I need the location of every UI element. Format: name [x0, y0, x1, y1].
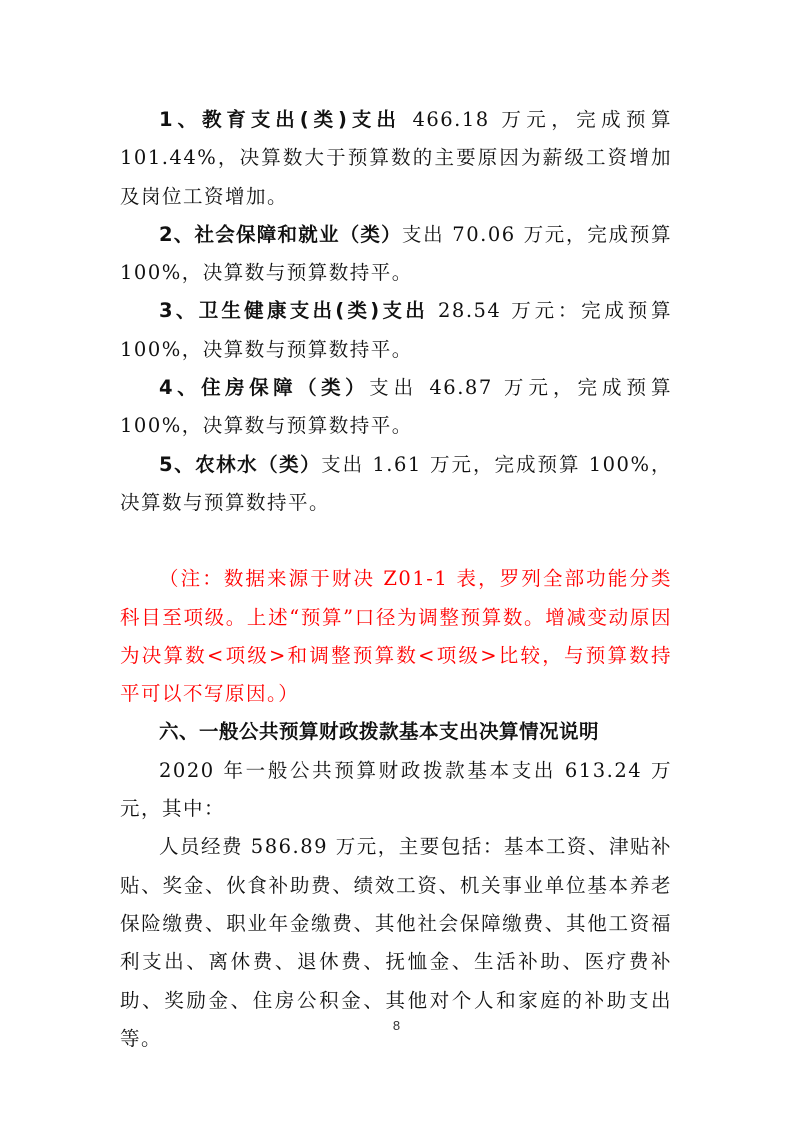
item-lead: 3、卫生健康支出(类)支出: [159, 299, 428, 322]
item-lead: 2、社会保障和就业（类）: [159, 223, 402, 246]
expense-item-housing: 4、住房保障（类）支出 46.87 万元，完成预算 100%，决算数与预算数持平…: [120, 369, 672, 446]
basic-expenditure-summary: 2020 年一般公共预算财政拨款基本支出 613.24 万元，其中：: [120, 752, 672, 829]
document-page: 1、教育支出(类)支出 466.18 万元，完成预算 101.44%，决算数大于…: [0, 0, 793, 1122]
item-lead: 4、住房保障（类）: [159, 376, 369, 399]
expense-item-social-security: 2、社会保障和就业（类）支出 70.06 万元，完成预算 100%，决算数与预算…: [120, 216, 672, 293]
expense-item-education: 1、教育支出(类)支出 466.18 万元，完成预算 101.44%，决算数大于…: [120, 101, 672, 216]
data-source-note: （注：数据来源于财决 Z01-1 表，罗列全部功能分类科目至项级。上述“预算”口…: [120, 560, 672, 713]
expense-item-agriculture: 5、农林水（类）支出 1.61 万元，完成预算 100%，决算数与预算数持平。: [120, 446, 672, 523]
expense-item-health: 3、卫生健康支出(类)支出 28.54 万元：完成预算 100%，决算数与预算数…: [120, 292, 672, 369]
section-heading: 六、一般公共预算财政拨款基本支出决算情况说明: [120, 713, 672, 751]
page-body: 1、教育支出(类)支出 466.18 万元，完成预算 101.44%，决算数大于…: [120, 101, 672, 1058]
item-lead: 5、农林水（类）: [159, 453, 321, 476]
item-lead: 1、教育支出(类)支出: [159, 108, 401, 131]
page-number: 8: [0, 1018, 793, 1033]
